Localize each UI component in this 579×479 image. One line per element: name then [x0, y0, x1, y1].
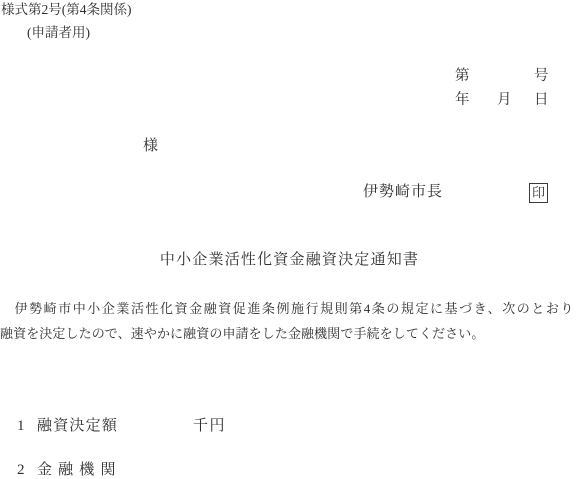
doc-number-suffix: 号	[534, 68, 549, 85]
applicant-note: (申請者用)	[27, 25, 90, 41]
addressee-honorific: 様	[143, 138, 158, 155]
item-2-label: 金 融 機 関	[37, 462, 117, 479]
sender-title: 伊勢崎市長	[363, 184, 443, 201]
date-month-label: 月	[497, 92, 512, 109]
doc-number-prefix: 第	[455, 68, 470, 85]
item-1-unit: 千円	[193, 418, 226, 435]
item-1-label: 融資決定額	[37, 418, 118, 435]
document-page: 様式第2号(第4条関係) (申請者用) 第 号 年 月 日 様 伊勢崎市長 印 …	[0, 0, 579, 479]
item-1-number: 1	[17, 418, 25, 435]
body-paragraph-line2: 融資を決定したので、速やかに融資の申請をした金融機関で手続をしてください。	[0, 327, 484, 342]
document-title: 中小企業活性化資金融資決定通知書	[0, 252, 579, 269]
item-2-number: 2	[17, 462, 25, 479]
date-day-label: 日	[534, 92, 549, 109]
date-year-label: 年	[455, 92, 470, 109]
form-number: 様式第2号(第4条関係)	[1, 2, 132, 18]
body-paragraph-line1: 伊勢崎市中小企業活性化資金融資促進条例施行規則第4条の規定に基づき、次のとおり	[0, 302, 575, 317]
seal-mark: 印	[529, 183, 548, 203]
